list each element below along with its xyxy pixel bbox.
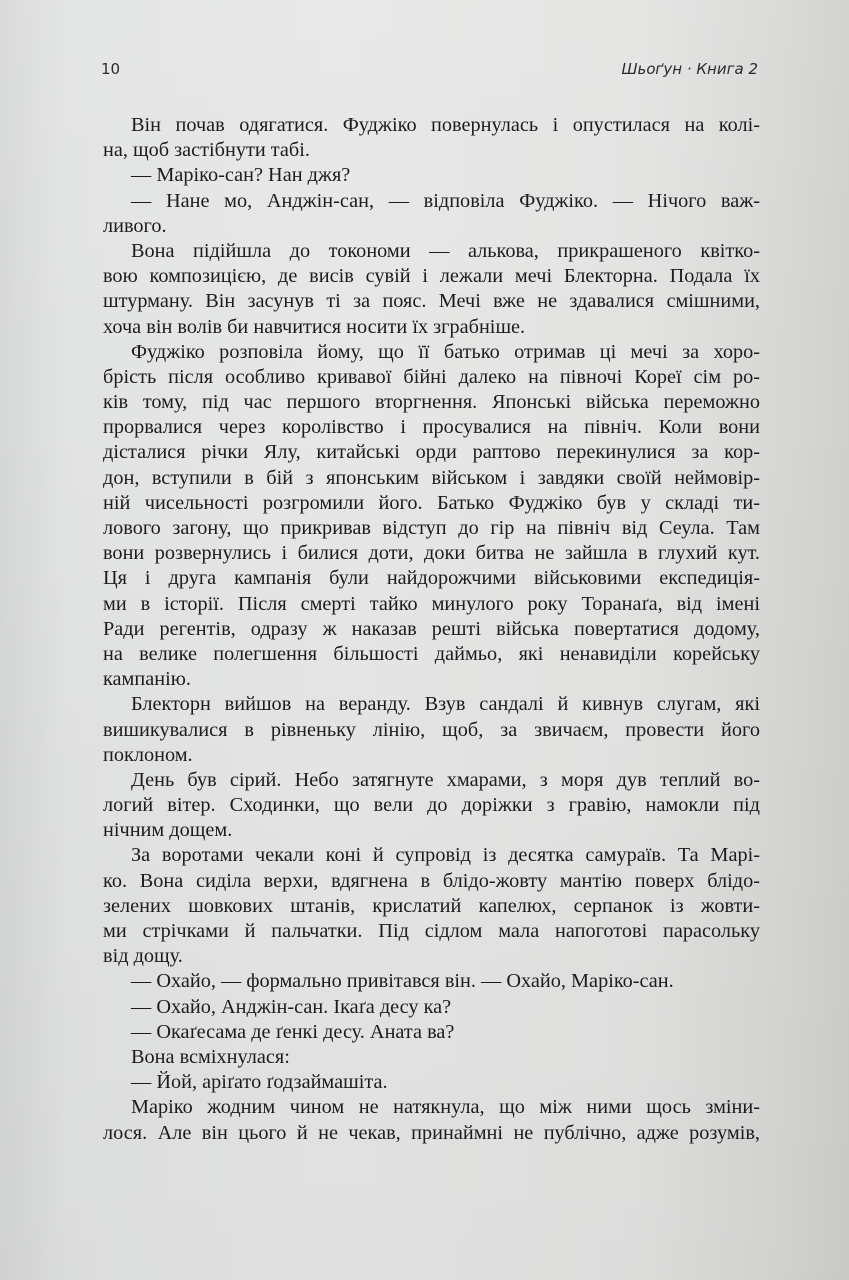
text-line: вони розвернулись і билися доти, доки би… <box>103 541 760 566</box>
text-line: Блекторн вийшов на веранду. Взув сандалі… <box>103 692 760 717</box>
body-text: Він почав одягатися. Фуджіко повернулась… <box>103 113 760 1146</box>
book-title: Шьоґун · Книга 2 <box>621 60 758 78</box>
text-line: зелених шовкових штанів, крислатий капел… <box>103 894 760 919</box>
text-line: на, щоб застібнути табі. <box>103 138 760 163</box>
text-line: хоча він волів би навчитися носити їх зг… <box>103 315 760 340</box>
text-line: нічним дощем. <box>103 818 760 843</box>
text-line: брість після особливо кривавої бійні дал… <box>103 365 760 390</box>
text-line: Ради регентів, одразу ж наказав решті ві… <box>103 617 760 642</box>
text-line: — Нане мо, Анджін-сан, — відповіла Фуджі… <box>103 189 760 214</box>
text-line: дон, вступили в бій з японським військом… <box>103 466 760 491</box>
text-line: ми стрічками й пальчатки. Під сідлом мал… <box>103 919 760 944</box>
text-line: ній чисельності розгромили його. Батько … <box>103 491 760 516</box>
text-line: дісталися річки Ялу, китайські орди рапт… <box>103 440 760 465</box>
text-line: лося. Але він цього й не чекав, принаймн… <box>103 1121 760 1146</box>
page-number: 10 <box>101 60 120 78</box>
text-line: логий вітер. Сходинки, що вели до доріжк… <box>103 793 760 818</box>
running-header: 10 Шьоґун · Книга 2 <box>101 60 758 84</box>
text-line: ко. Вона сиділа верхи, вдягнена в блідо-… <box>103 869 760 894</box>
text-line: на велике полегшення більшості даймьо, я… <box>103 642 760 667</box>
text-line: Маріко жодним чином не натякнула, що між… <box>103 1095 760 1120</box>
text-line: поклоном. <box>103 743 760 768</box>
text-line: кампанію. <box>103 667 760 692</box>
text-line: прорвалися через королівство і просували… <box>103 415 760 440</box>
text-line: вишикувалися в рівненьку лінію, щоб, за … <box>103 718 760 743</box>
text-line: — Охайо, — формально привітався він. — О… <box>103 969 760 994</box>
text-line: — Охайо, Анджін-сан. Ікаґа десу ка? <box>103 995 760 1020</box>
text-line: — Маріко-сан? Нан джя? <box>103 163 760 188</box>
text-line: День був сірий. Небо затягнуте хмарами, … <box>103 768 760 793</box>
text-line: За воротами чекали коні й супровід із де… <box>103 843 760 868</box>
text-line: Фуджіко розповіла йому, що її батько отр… <box>103 340 760 365</box>
text-line: штурману. Він засунув ті за пояс. Мечі в… <box>103 289 760 314</box>
text-line: — Окаґесама де ґенкі десу. Аната ва? <box>103 1020 760 1045</box>
text-line: лового загону, що прикривав відступ до г… <box>103 516 760 541</box>
text-line: Він почав одягатися. Фуджіко повернулась… <box>103 113 760 138</box>
text-line: ків тому, під час першого вторгнення. Яп… <box>103 390 760 415</box>
text-line: — Йой, аріґато ґодзаймашіта. <box>103 1070 760 1095</box>
text-line: від дощу. <box>103 944 760 969</box>
text-line: Вона підійшла до токономи — алькова, при… <box>103 239 760 264</box>
text-line: ми в історії. Після смерті тайко минулог… <box>103 592 760 617</box>
text-line: Ця і друга кампанія були найдорожчими ві… <box>103 566 760 591</box>
text-line: ливого. <box>103 214 760 239</box>
text-line: Вона всміхнулася: <box>103 1045 760 1070</box>
text-line: вою композицією, де висів сувій і лежали… <box>103 264 760 289</box>
